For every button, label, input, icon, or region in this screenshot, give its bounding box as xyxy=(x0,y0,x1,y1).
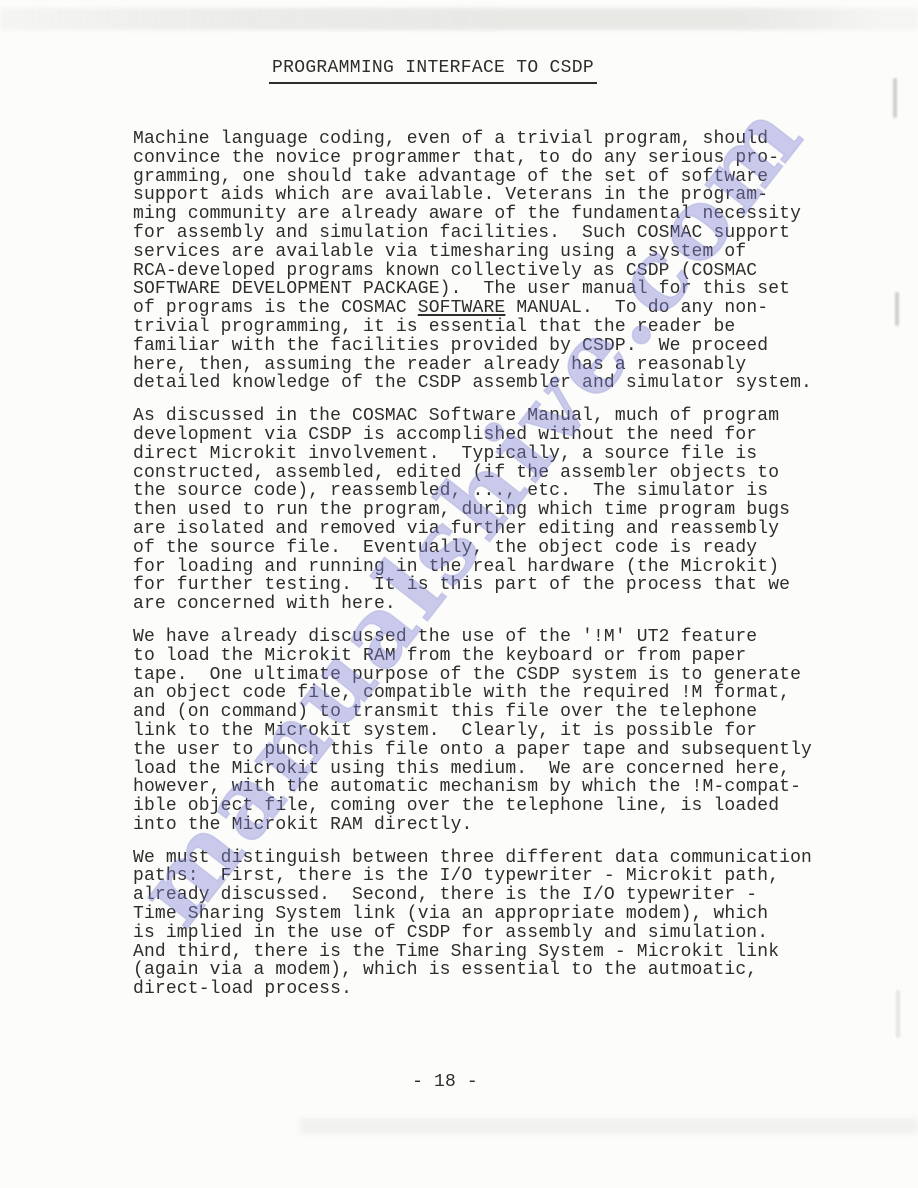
paragraph-4: We must distinguish between three differ… xyxy=(133,849,833,999)
paragraph-2: As discussed in the COSMAC Software Manu… xyxy=(133,407,833,614)
scan-speck xyxy=(896,990,900,1038)
page-header: PROGRAMMING INTERFACE TO CSDP xyxy=(0,58,918,84)
scan-artifact-bottom-band xyxy=(300,1118,918,1134)
scan-speck xyxy=(895,292,899,326)
page-title: PROGRAMMING INTERFACE TO CSDP xyxy=(269,58,597,84)
page-number: - 18 - xyxy=(0,1072,918,1092)
paragraph-1: Machine language coding, even of a trivi… xyxy=(133,130,833,393)
scan-speck xyxy=(893,78,897,118)
document-body: Machine language coding, even of a trivi… xyxy=(133,130,833,1013)
scanned-manual-page: PROGRAMMING INTERFACE TO CSDP Machine la… xyxy=(0,0,918,1188)
paragraph-3: We have already discussed the use of the… xyxy=(133,628,833,835)
scan-artifact-top-band xyxy=(0,8,918,30)
